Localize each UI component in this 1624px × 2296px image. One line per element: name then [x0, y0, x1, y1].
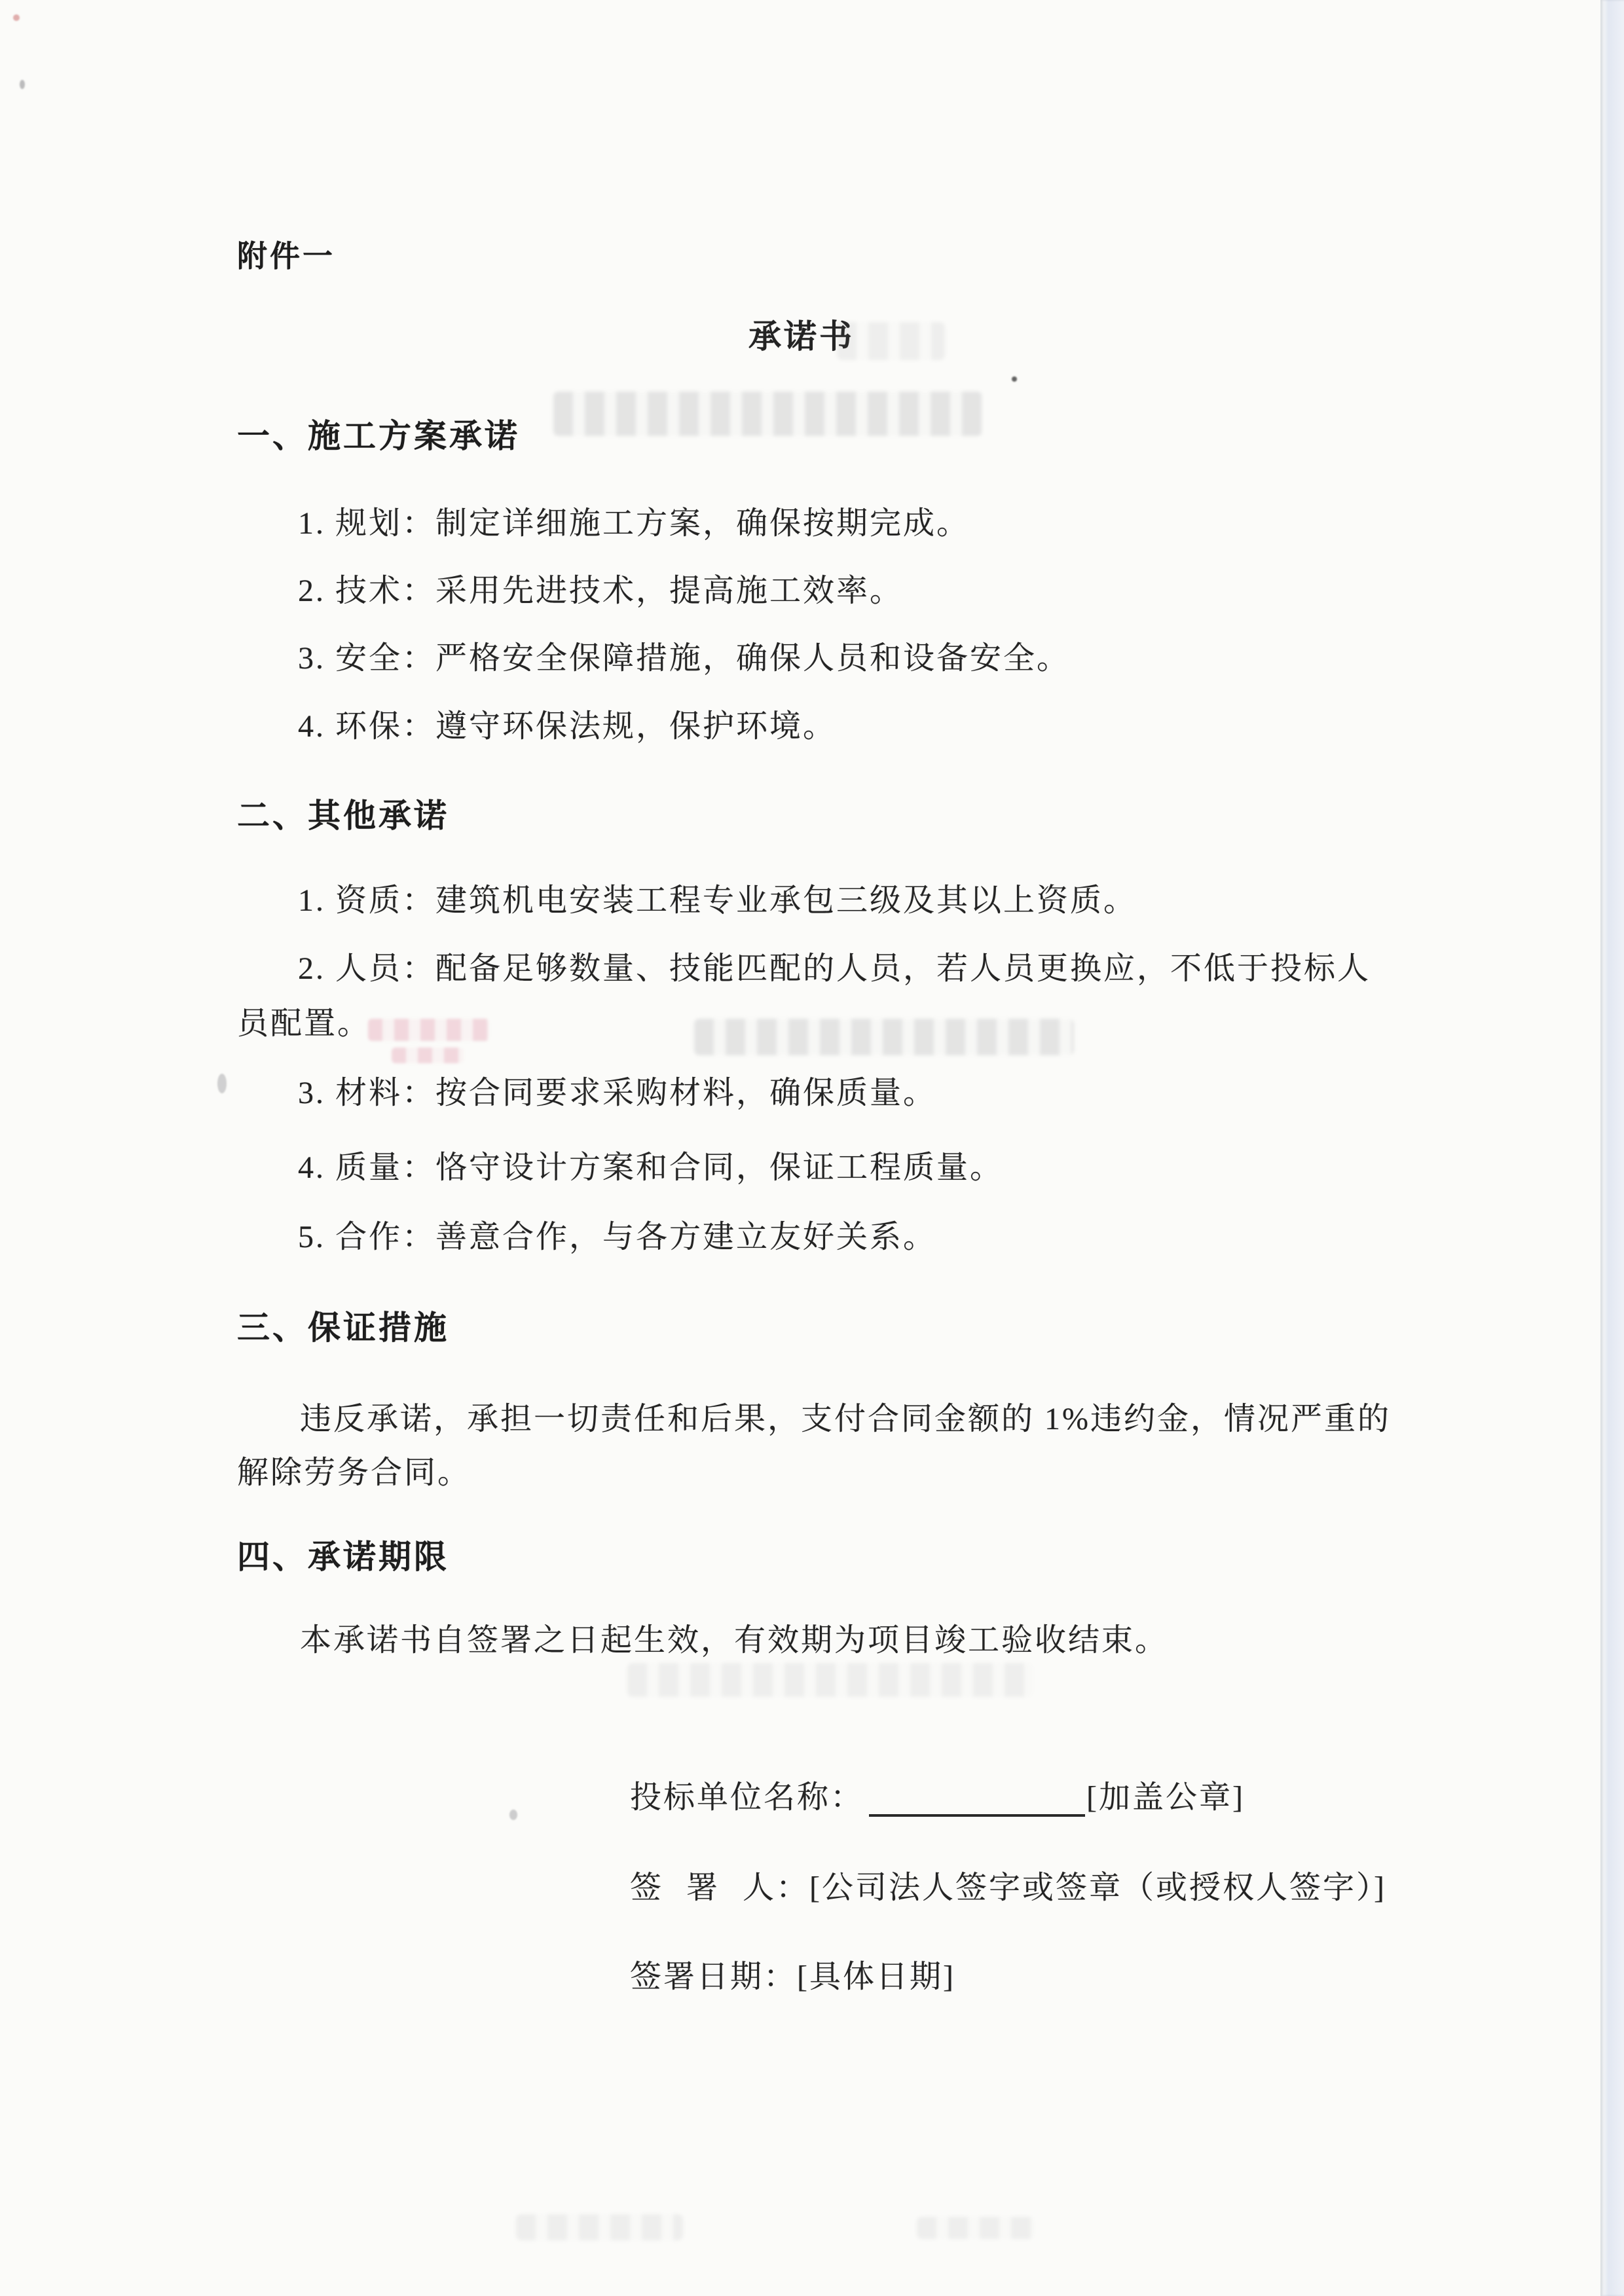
list-item: 3. 安全：严格安全保障措施，确保人员和设备安全。	[298, 640, 1070, 676]
scan-artifact-pink-smudge	[392, 1048, 464, 1063]
scan-artifact-ghost-text	[694, 1019, 1074, 1055]
scan-artifact-ghost-text	[553, 392, 982, 436]
list-item: 3. 材料：按合同要求采购材料，确保质量。	[298, 1075, 936, 1111]
list-item: 4. 质量：恪守设计方案和合同，保证工程质量。	[298, 1150, 1003, 1186]
company-seal-note: [加盖公章]	[1086, 1779, 1245, 1815]
list-item: 1. 规划：制定详细施工方案，确保按期完成。	[298, 505, 970, 541]
list-item: 2. 技术：采用先进技术，提高施工效率。	[298, 573, 903, 609]
scan-artifact-dot	[1012, 376, 1017, 382]
scan-artifact-speck	[20, 80, 25, 89]
list-item: 4. 环保：遵守环保法规，保护环境。	[298, 708, 836, 744]
paragraph-line: 本承诺书自签署之日起生效，有效期为项目竣工验收结束。	[300, 1622, 1168, 1658]
signature-signer-row: 签 署 人： [公司法人签字或签章（或授权人签字）]	[630, 1870, 1386, 1906]
list-item: 2. 人员：配备足够数量、技能匹配的人员，若人员更换应，不低于投标人	[298, 951, 1371, 987]
signer-label: 签 署 人：	[630, 1870, 809, 1906]
scan-artifact-speck	[217, 1074, 227, 1093]
scan-page-edge-shadow	[1600, 0, 1624, 2296]
section-heading-3: 三、保证措施	[237, 1309, 449, 1347]
scan-artifact-ghost-text	[627, 1663, 1033, 1697]
signer-placeholder: [公司法人签字或签章（或授权人签字）]	[809, 1870, 1386, 1906]
company-name-label: 投标单位名称：	[630, 1779, 864, 1815]
company-name-blank-line	[869, 1808, 1085, 1817]
sign-date-label: 签署日期：	[630, 1959, 797, 1995]
scan-artifact-ghost-text	[516, 2214, 683, 2240]
paragraph-line: 解除劳务合同。	[237, 1455, 471, 1491]
scanned-document-page: 附件一 承诺书 一、施工方案承诺 1. 规划：制定详细施工方案，确保按期完成。 …	[0, 0, 1624, 2296]
scan-artifact-pink-smudge	[368, 1019, 489, 1041]
signature-company-row: 投标单位名称： [加盖公章]	[630, 1779, 1245, 1815]
signature-date-row: 签署日期： [具体日期]	[630, 1959, 955, 1995]
section-heading-4: 四、承诺期限	[237, 1539, 449, 1576]
scan-artifact-ghost-text	[917, 2217, 1035, 2239]
list-item: 5. 合作：善意合作，与各方建立友好关系。	[298, 1219, 936, 1255]
list-item: 1. 资质：建筑机电安装工程专业承包三级及其以上资质。	[298, 883, 1137, 919]
scan-artifact-speck	[509, 1810, 517, 1820]
section-heading-1: 一、施工方案承诺	[237, 418, 520, 456]
attachment-label: 附件一	[237, 240, 335, 274]
section-heading-2: 二、其他承诺	[237, 797, 449, 835]
sign-date-placeholder: [具体日期]	[797, 1959, 955, 1995]
scan-artifact-speck	[13, 14, 20, 21]
paragraph-line: 违反承诺，承担一切责任和后果，支付合同金额的 1%违约金，情况严重的	[300, 1401, 1391, 1437]
scan-artifact-ghost-text	[837, 322, 945, 360]
list-item-continuation: 员配置。	[237, 1006, 371, 1042]
